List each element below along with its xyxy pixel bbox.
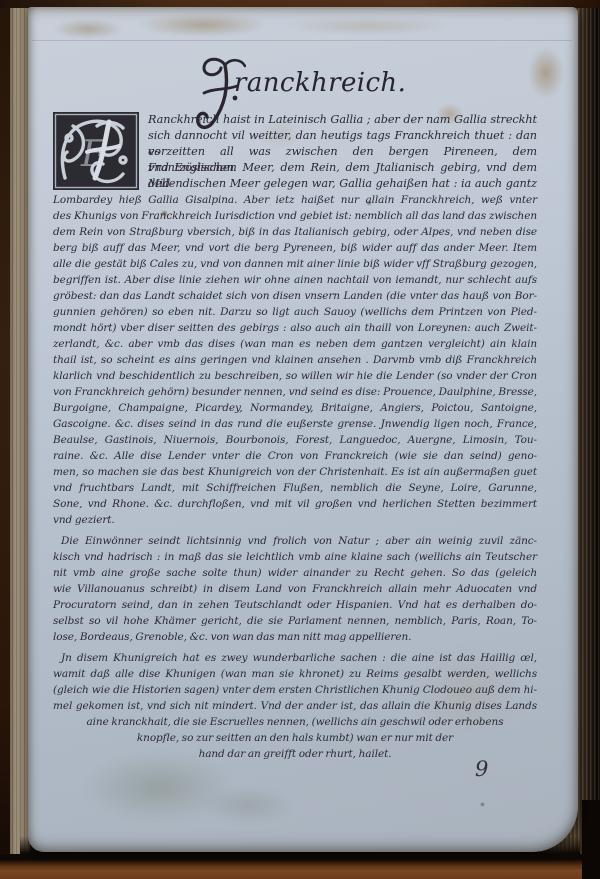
stain bbox=[203, 787, 293, 823]
text-line: knopfle, so zur seitten an den hals kumb… bbox=[53, 730, 537, 746]
text-line: vnd fruchtbars Landt, mit Schiffreichen … bbox=[53, 480, 537, 496]
dropcap-letter: F bbox=[80, 134, 108, 175]
text-line: gröbest: dan das Landt schaidet sich von… bbox=[53, 288, 537, 304]
text-line: alle die gestät biß Cales zu, vnd von da… bbox=[53, 256, 537, 272]
text-line: dem Rein von Straßburg vbersich, biß in … bbox=[53, 224, 537, 240]
text-line: hand dar an greifft oder rhurt, hailet. bbox=[53, 746, 537, 762]
text-line: men, so machen sie das best Khunigreich … bbox=[53, 464, 537, 480]
text-line: raine. &c. Alle dise Lender vnter die Cr… bbox=[53, 448, 537, 464]
text-line: des Khunigs von Franckhreich Iurisdictio… bbox=[53, 208, 537, 224]
paragraph: Die Einwönner seindt lichtsinnig vnd fro… bbox=[53, 533, 537, 645]
text-line: kisch vnd hadrisch : in maß das sie leic… bbox=[53, 549, 537, 565]
text-line: Beaulse, Gastinois, Niuernois, Bourbonoi… bbox=[53, 432, 537, 448]
page-number: 9 bbox=[475, 757, 488, 781]
page-title-text: ranckhreich. bbox=[234, 68, 406, 98]
text-line: Procuratorn seind, dan in zehen Teutschl… bbox=[53, 597, 537, 613]
book-page: ranckhreich. bbox=[28, 7, 578, 852]
text-line: Burgoigne, Champaigne, Picardey, Normand… bbox=[53, 400, 537, 416]
stain bbox=[283, 17, 453, 35]
text-line: aine kranckhait, die sie Escruelles nenn… bbox=[53, 714, 537, 730]
text-line: begriffen ist. Aber dise linie ziehen wi… bbox=[53, 272, 537, 288]
text-line: Lombardey hieß Gallia Gisalpina. Aber ie… bbox=[53, 192, 537, 208]
text-line: selbst so vil hohe Khämer gericht, die s… bbox=[53, 613, 537, 629]
corner-shadow bbox=[582, 800, 600, 879]
text-line: Die Einwönner seindt lichtsinnig vnd fro… bbox=[53, 533, 537, 549]
text-line: Gascoigne. &c. dises seind in das rund d… bbox=[53, 416, 537, 432]
book-cover-bottom bbox=[0, 854, 600, 879]
text-line: wie Villanouanus schreibt) in disem Land… bbox=[53, 581, 537, 597]
paper-fold-line bbox=[32, 40, 572, 41]
text-line: von Franckhreich gehörn) besunder nennen… bbox=[53, 384, 537, 400]
text-line: nit vmb aine große sache solte thun) wid… bbox=[53, 565, 537, 581]
text-line: klarlich vnd beschidentlich zu beschreib… bbox=[53, 368, 537, 384]
text-line: gunnien gehören) so eben nit. Darzu so l… bbox=[53, 304, 537, 320]
text-line: thail ist, so scheint es ains geringen v… bbox=[53, 352, 537, 368]
text-block: F Ranckhreich haist in Lateinisch Gallia… bbox=[53, 112, 537, 762]
text-line: Sone, vnd Rhone. &c. durchfloßen, vnd mi… bbox=[53, 496, 537, 512]
text-line: Jn disem Khunigreich hat es zwey wunderb… bbox=[53, 650, 537, 666]
stain bbox=[83, 752, 233, 822]
page-block-edge-left bbox=[8, 4, 30, 874]
book-photograph: ranckhreich. bbox=[0, 0, 600, 879]
stain bbox=[53, 19, 123, 39]
text-line: berg biß auff das Meer, vnd vort die ber… bbox=[53, 240, 537, 256]
text-line: lose, Bordeaus, Grenoble, &c. von wan da… bbox=[53, 629, 537, 645]
text-line: vnd geziert. bbox=[53, 512, 537, 528]
text-line: mondt hört) vber diser seitten des gebir… bbox=[53, 320, 537, 336]
text-line: zerlandt, &c. aber vmb das dises (wan ma… bbox=[53, 336, 537, 352]
dropcap-ornament-icon: F bbox=[53, 112, 139, 190]
text-line: (gleich wie die Historien sagen) vnter d… bbox=[53, 682, 537, 698]
stain bbox=[480, 802, 485, 807]
book-cover-left bbox=[0, 0, 10, 879]
text-line: wamit daß alle dise Khunigen (wan man si… bbox=[53, 666, 537, 682]
paragraph: Jn disem Khunigreich hat es zwey wunderb… bbox=[53, 650, 537, 762]
text-line: mel gekomen ist, vnd sich nit mindert. V… bbox=[53, 698, 537, 714]
stain bbox=[138, 13, 268, 37]
